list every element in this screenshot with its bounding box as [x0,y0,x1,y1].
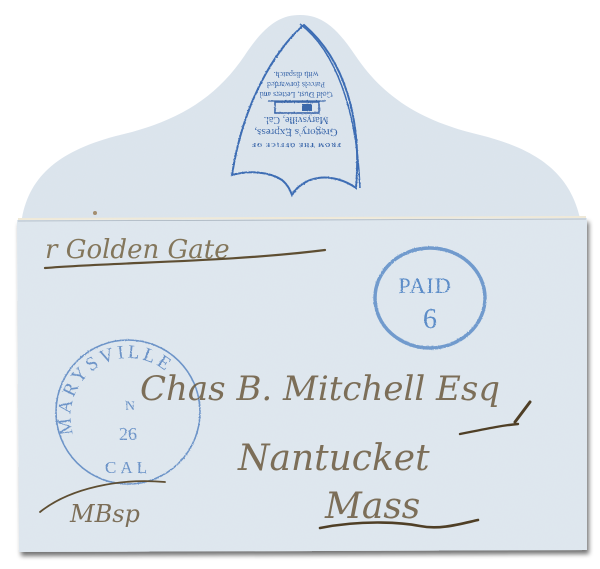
state: Mass [324,486,420,527]
handstamp-line-6: with dispatch. [274,70,319,79]
handstamp-line-4: Gold Dust, Letters and [260,90,333,99]
handstamp-line-1: FROM THE OFFICE OF [251,141,341,148]
postmark-month: N [125,399,135,414]
addressee: Chas B. Mitchell Esq [140,369,500,409]
handstamp-line-3: Marysville, Cal. [264,114,329,125]
docket-text: MBsp [69,500,140,528]
postmark-state: CAL [105,458,151,477]
city: Nantucket [237,438,430,479]
paid-rate: 6 [423,304,437,335]
postmark-day: 26 [119,424,137,444]
handstamp-line-5: Parcels forwarded [267,80,325,89]
envelope-photo: FROM THE OFFICE OF Gregory's Express, Ma… [0,0,600,569]
paid-text: PAID [398,273,451,298]
handstamp-line-2: Gregory's Express, [254,126,337,138]
